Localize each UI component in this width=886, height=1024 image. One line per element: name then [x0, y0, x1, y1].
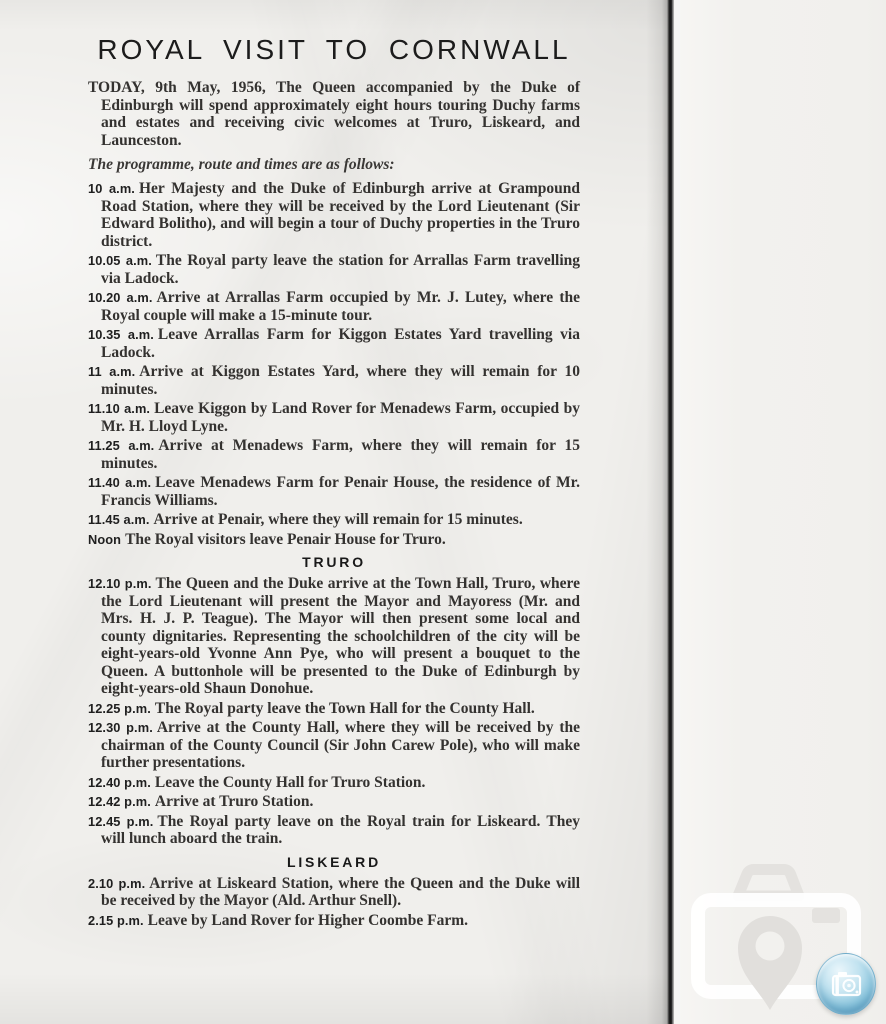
schedule-entry: 10.05 a.m.The Royal party leave the stat… [88, 252, 580, 287]
entry-time: 2.15 p.m. [88, 913, 144, 928]
entry-text: Leave the County Hall for Truro Station. [155, 774, 426, 791]
entry-text: Arrive at the County Hall, where they wi… [101, 719, 580, 771]
programme-note: The programme, route and times are as fo… [88, 156, 580, 174]
entry-text: The Queen and the Duke arrive at the Tow… [101, 575, 580, 697]
page-fold-line [646, 0, 676, 1024]
schedule-entry: NoonThe Royal visitors leave Penair Hous… [88, 531, 580, 549]
schedule-entry: 11.40 a.m.Leave Menadews Farm for Penair… [88, 474, 580, 509]
entry-time: 10 a.m. [88, 181, 135, 196]
entry-time: 12.40 p.m. [88, 775, 151, 790]
entry-time: 12.25 p.m. [88, 701, 151, 716]
schedule-entry: 10 a.m.Her Majesty and the Duke of Edinb… [88, 180, 580, 250]
page-title: ROYAL VISIT TO CORNWALL [88, 34, 580, 66]
entry-text: Leave Menadews Farm for Penair House, th… [101, 474, 580, 509]
entry-text: Leave Arrallas Farm for Kiggon Estates Y… [101, 326, 580, 361]
entry-time: 11.45 a.m. [88, 512, 149, 527]
entry-time: Noon [88, 532, 121, 547]
entry-text: Leave Kiggon by Land Rover for Menadews … [101, 400, 580, 435]
schedule-entry: 10.35 a.m.Leave Arrallas Farm for Kiggon… [88, 326, 580, 361]
entry-text: Arrive at Menadews Farm, where they will… [101, 437, 580, 472]
scanned-document-view: ROYAL VISIT TO CORNWALL TODAY, 9th May, … [0, 0, 886, 1024]
schedule-entry: 12.40 p.m.Leave the County Hall for Trur… [88, 774, 580, 792]
section-heading-truro: TRURO [88, 554, 580, 570]
entry-text: The Royal party leave on the Royal train… [101, 813, 580, 848]
entry-text: Arrive at Arrallas Farm occupied by Mr. … [101, 289, 580, 324]
facing-page-edge [674, 0, 886, 1024]
schedule-entry: 12.10 p.m.The Queen and the Duke arrive … [88, 575, 580, 698]
schedule-entry: 2.10 p.m.Arrive at Liskeard Station, whe… [88, 875, 580, 910]
schedule-entry: 11 a.m.Arrive at Kiggon Estates Yard, wh… [88, 363, 580, 398]
entry-time: 11 a.m. [88, 364, 135, 379]
entry-time: 10.20 a.m. [88, 290, 153, 305]
entry-time: 10.35 a.m. [88, 327, 154, 342]
page-content: ROYAL VISIT TO CORNWALL TODAY, 9th May, … [88, 34, 580, 931]
entry-text: Arrive at Truro Station. [155, 793, 313, 810]
schedule-entry: 2.15 p.m.Leave by Land Rover for Higher … [88, 912, 580, 930]
intro-paragraph: TODAY, 9th May, 1956, The Queen accompan… [88, 79, 580, 149]
section-heading-liskeard: LISKEARD [88, 854, 580, 870]
entry-text: Arrive at Liskeard Station, where the Qu… [101, 875, 580, 910]
entry-time: 12.42 p.m. [88, 794, 151, 809]
entry-text: Her Majesty and the Duke of Edinburgh ar… [101, 180, 580, 250]
entry-time: 12.10 p.m. [88, 576, 152, 591]
entry-time: 12.45 p.m. [88, 814, 153, 829]
entry-time: 11.40 a.m. [88, 475, 151, 490]
entry-time: 11.10 a.m. [88, 401, 150, 416]
schedule-entry: 11.45 a.m.Arrive at Penair, where they w… [88, 511, 580, 529]
entry-text: The Royal visitors leave Penair House fo… [125, 531, 446, 548]
camera-badge-button[interactable] [816, 953, 876, 1015]
schedule-entry: 12.42 p.m.Arrive at Truro Station. [88, 793, 580, 811]
entry-time: 10.05 a.m. [88, 253, 152, 268]
schedule-entry: 12.25 p.m.The Royal party leave the Town… [88, 700, 580, 718]
entry-text: Leave by Land Rover for Higher Coombe Fa… [148, 912, 468, 929]
schedule-entry: 10.20 a.m.Arrive at Arrallas Farm occupi… [88, 289, 580, 324]
camera-badge-icon [826, 964, 866, 1004]
schedule-entry: 11.10 a.m.Leave Kiggon by Land Rover for… [88, 400, 580, 435]
entry-text: The Royal party leave the Town Hall for … [155, 700, 535, 717]
entry-text: Arrive at Kiggon Estates Yard, where the… [101, 363, 580, 398]
entry-time: 12.30 p.m. [88, 720, 153, 735]
entry-text: Arrive at Penair, where they will remain… [153, 511, 522, 528]
document-page: ROYAL VISIT TO CORNWALL TODAY, 9th May, … [0, 0, 670, 1024]
schedule-entry: 11.25 a.m.Arrive at Menadews Farm, where… [88, 437, 580, 472]
entry-time: 11.25 a.m. [88, 438, 154, 453]
schedule-entry: 12.45 p.m.The Royal party leave on the R… [88, 813, 580, 848]
entry-text: The Royal party leave the station for Ar… [101, 252, 580, 287]
schedule-entry: 12.30 p.m.Arrive at the County Hall, whe… [88, 719, 580, 772]
entry-time: 2.10 p.m. [88, 876, 145, 891]
